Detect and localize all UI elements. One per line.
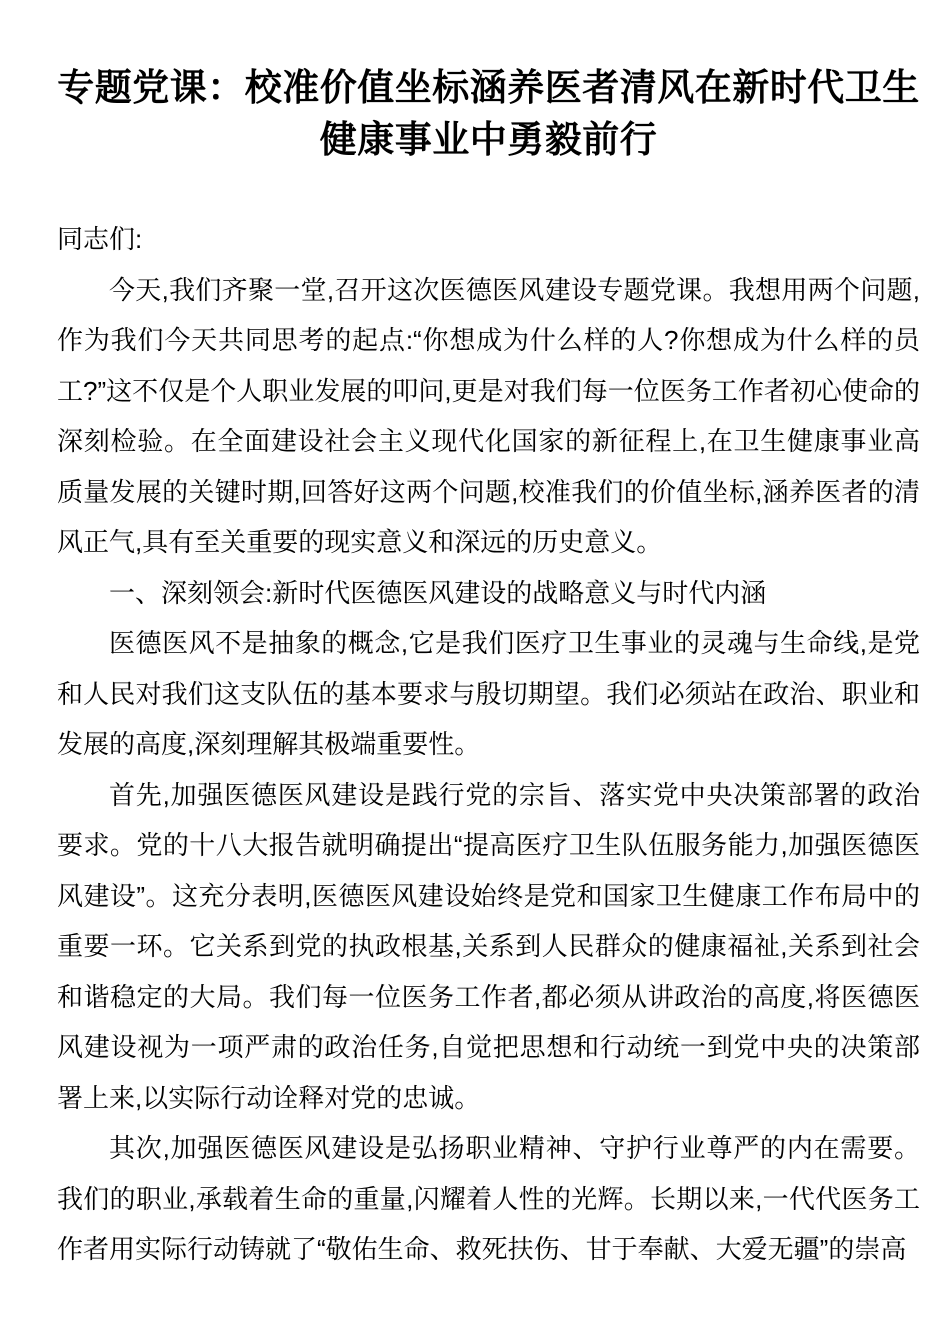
document-title-line-1: 专题党课：校准价值坐标涵养医者清风在新时代卫生: [57, 67, 920, 108]
document-title: 专题党课：校准价值坐标涵养医者清风在新时代卫生健康事业中勇毅前行: [57, 62, 920, 166]
document-page: 专题党课：校准价值坐标涵养医者清风在新时代卫生健康事业中勇毅前行 同志们: 今天…: [0, 0, 950, 1344]
section-1-heading: 一、深刻领会:新时代医德医风建设的战略意义与时代内涵: [57, 568, 920, 619]
salutation: 同志们:: [57, 214, 920, 265]
document-title-line-2: 健康事业中勇毅前行: [320, 119, 658, 160]
document-body: 同志们: 今天,我们齐聚一堂,召开这次医德医风建设专题党课。我想用两个问题,作为…: [57, 214, 920, 1275]
paragraph-first-point: 首先,加强医德医风建设是践行党的宗旨、落实党中央决策部署的政治要求。党的十八大报…: [57, 770, 920, 1124]
paragraph-second-point: 其次,加强医德医风建设是弘扬职业精神、守护行业尊严的内在需要。我们的职业,承载着…: [57, 1123, 920, 1275]
paragraph-section-1-intro: 医德医风不是抽象的概念,它是我们医疗卫生事业的灵魂与生命线,是党和人民对我们这支…: [57, 618, 920, 770]
paragraph-opening: 今天,我们齐聚一堂,召开这次医德医风建设专题党课。我想用两个问题,作为我们今天共…: [57, 265, 920, 568]
